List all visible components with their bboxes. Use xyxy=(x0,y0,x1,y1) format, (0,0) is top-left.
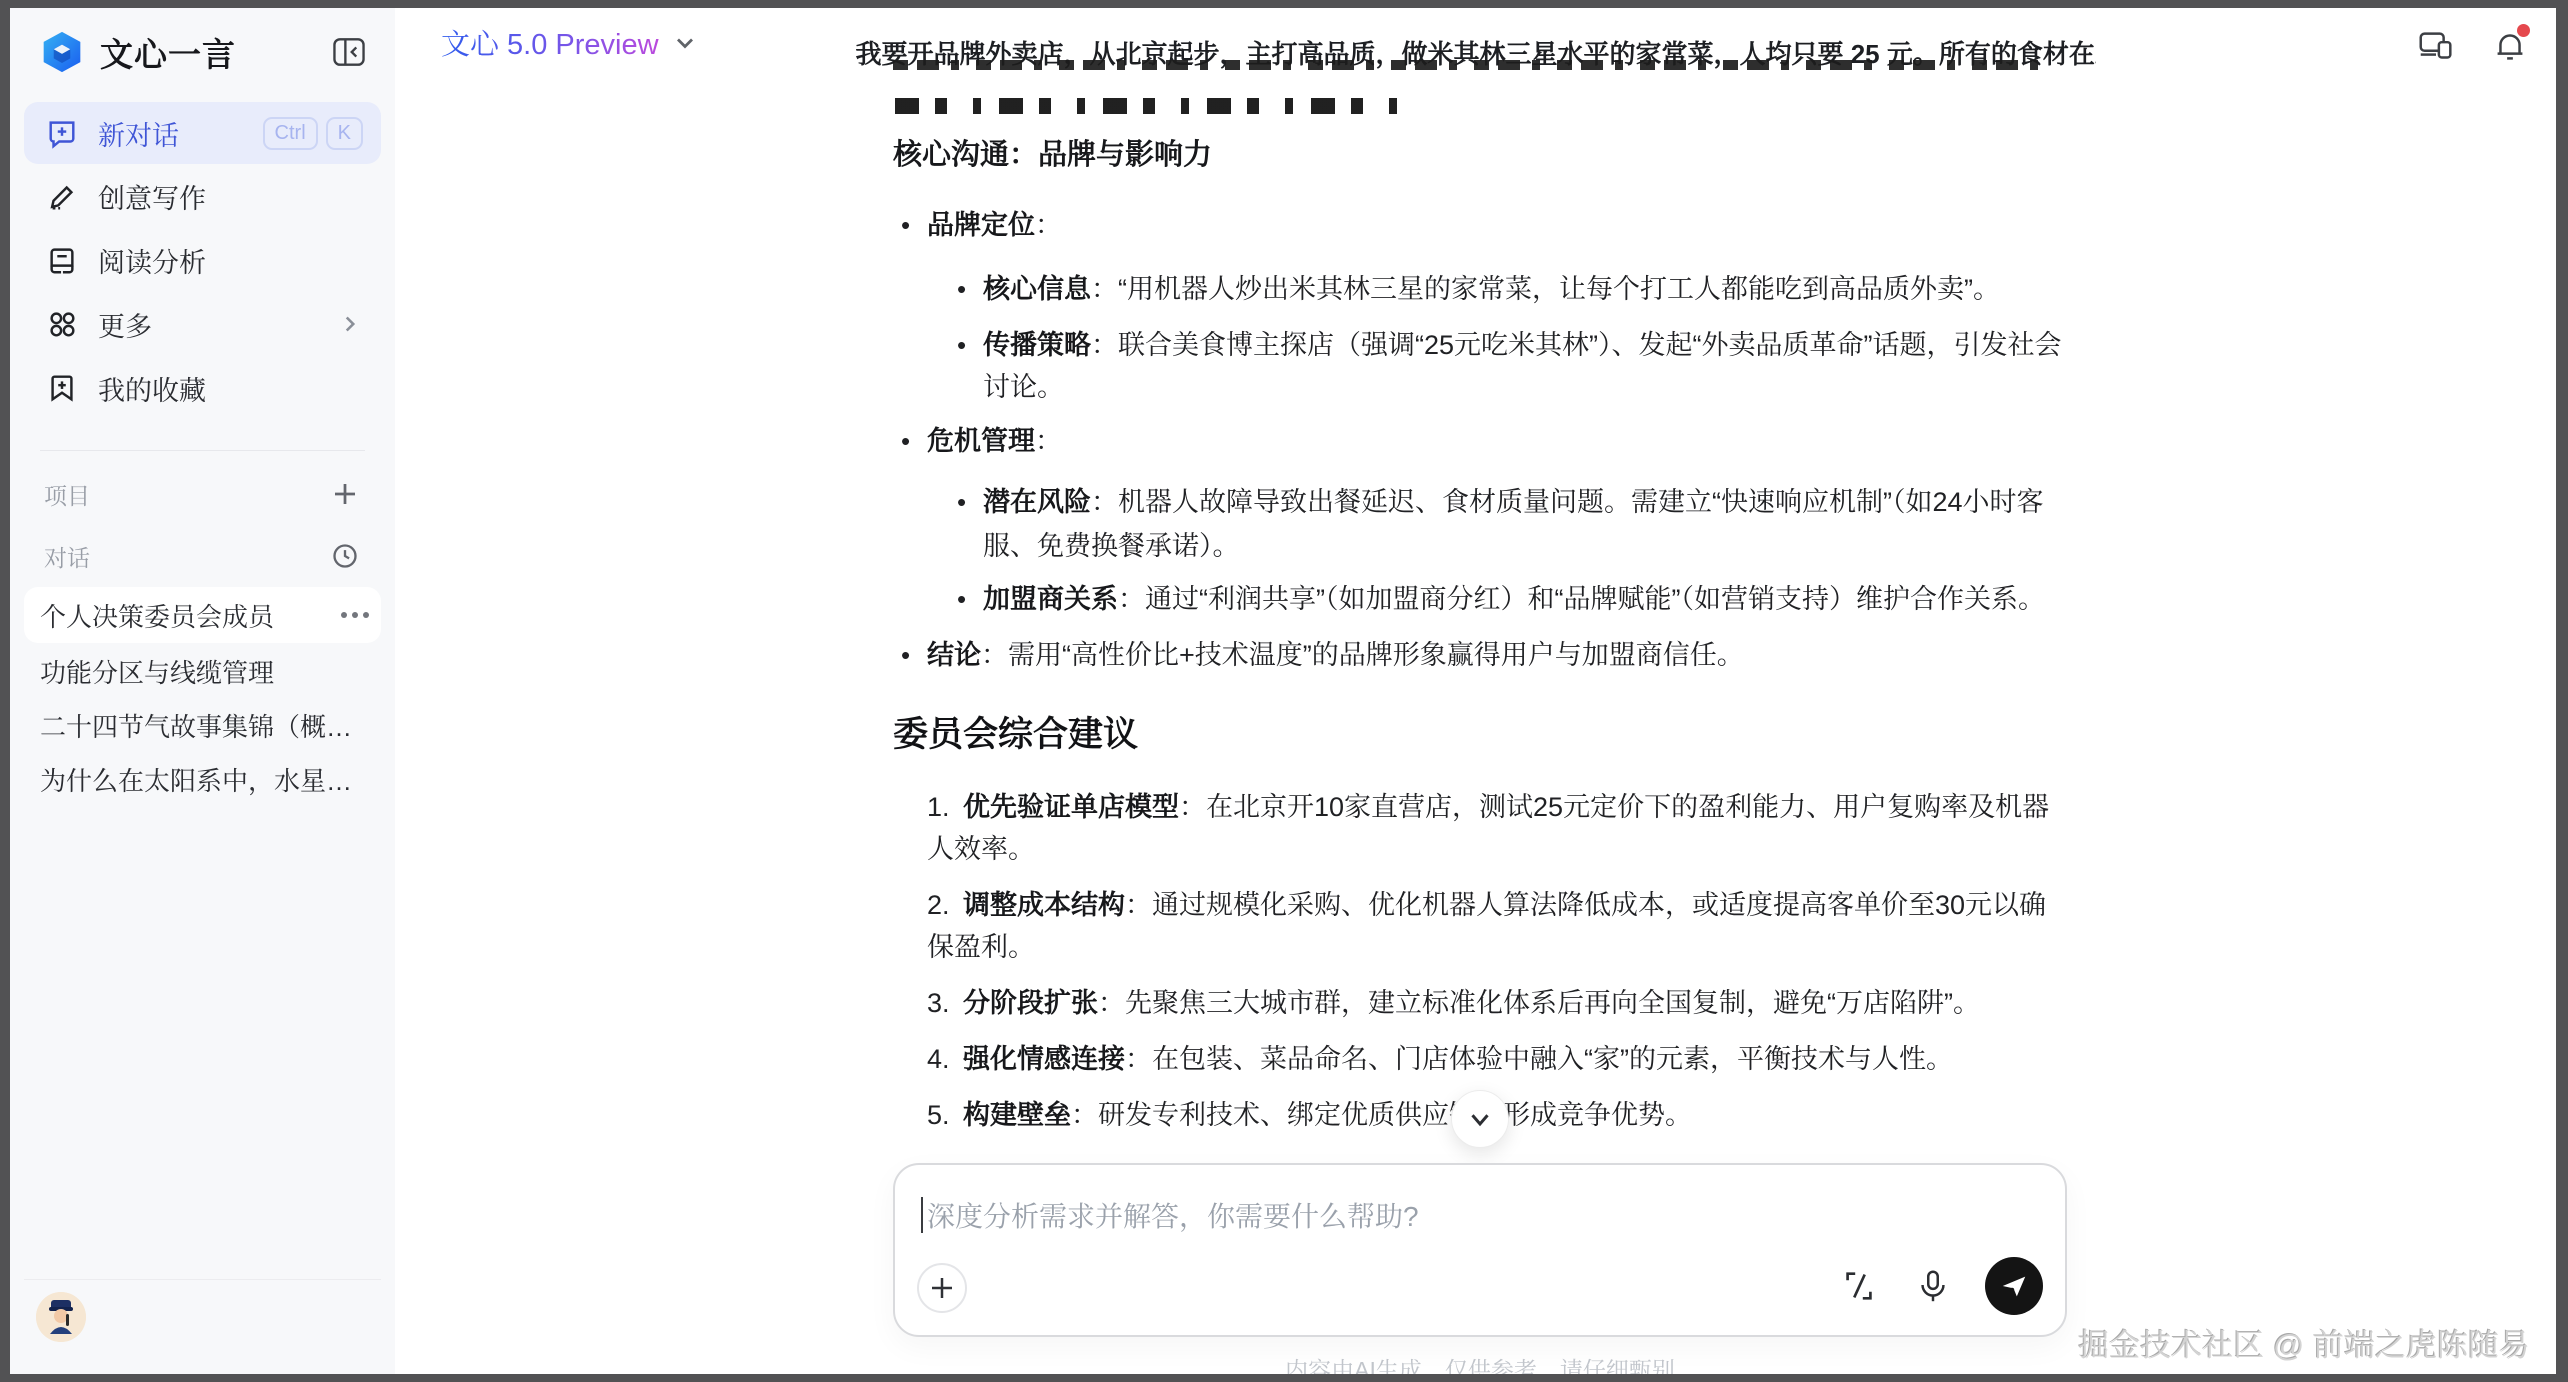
composer-actions xyxy=(1837,1257,2043,1315)
bullet-item: 核心信息：“用机器人炒出米其林三星的家常菜，让每个打工人都能吃到高品质外卖”。 xyxy=(893,268,2073,310)
bookmark-plus-icon xyxy=(46,372,78,404)
wenxin-logo-icon xyxy=(40,30,84,74)
sidebar: 文心一言 新对话 Ctrl K 创意写作 xyxy=(10,8,395,1374)
shortcut-commands-button[interactable] xyxy=(1837,1264,1881,1308)
watermark: 掘金技术社区 @ 前端之虎陈随易 xyxy=(2078,1320,2530,1365)
clock-icon xyxy=(331,542,359,570)
conversation-title: 二十四节气故事集锦（概览） xyxy=(40,707,365,744)
committee-heading: 委员会综合建议 xyxy=(893,710,2073,760)
conversations-label: 对话 xyxy=(44,540,327,573)
pencil-icon xyxy=(46,180,78,212)
ai-disclaimer: 内容由AI生成，仅供参考，请仔细甄别 xyxy=(893,1352,2067,1374)
document-icon xyxy=(46,244,78,276)
shortcut-key-ctrl: Ctrl xyxy=(263,117,318,150)
add-project-button[interactable] xyxy=(327,476,363,512)
recommendation-item: 2.调整成本结构：通过规模化采购、优化机器人算法降低成本，或适度提高客单价至30… xyxy=(893,884,2073,968)
microphone-icon xyxy=(1914,1267,1952,1305)
sidebar-item-reading-analysis[interactable]: 阅读分析 xyxy=(24,228,381,292)
bullet-item: 危机管理： xyxy=(893,420,2073,462)
sidebar-item-label: 我的收藏 xyxy=(98,369,363,408)
slash-brackets-icon xyxy=(1840,1267,1878,1305)
chat-plus-icon xyxy=(46,117,78,149)
sidebar-item-label: 新对话 xyxy=(98,114,255,153)
sidebar-collapse-icon[interactable] xyxy=(329,30,373,74)
conversation-title: 个人决策委员会成员 xyxy=(40,597,341,634)
logo-row: 文心一言 xyxy=(24,8,381,96)
bullet-item: 结论：需用“高性价比+技术温度”的品牌形象赢得用户与加盟商信任。 xyxy=(893,634,2073,676)
model-selector[interactable]: 文心 5.0 Preview xyxy=(441,22,699,63)
assistant-message: 核心沟通：品牌与影响力 品牌定位： 核心信息：“用机器人炒出米其林三星的家常菜，… xyxy=(893,56,2073,1262)
scroll-to-bottom-button[interactable] xyxy=(1451,1090,1509,1148)
conversation-item[interactable]: 二十四节气故事集锦（概览） xyxy=(24,699,381,751)
bullet-item: 潜在风险：机器人故障导致出餐延迟、食材质量问题。需建立“快速响应机制”（如24小… xyxy=(893,480,2073,568)
attach-button[interactable] xyxy=(917,1263,967,1313)
chevron-down-icon xyxy=(1465,1104,1495,1134)
conversation-item[interactable]: 功能分区与线缆管理 xyxy=(24,645,381,697)
sidebar-item-more[interactable]: 更多 xyxy=(24,292,381,356)
section-heading: 核心沟通：品牌与影响力 xyxy=(893,134,2073,176)
projects-label: 项目 xyxy=(44,478,327,511)
send-button[interactable] xyxy=(1985,1257,2043,1315)
sidebar-divider xyxy=(40,450,365,451)
devices-button[interactable] xyxy=(2414,24,2458,68)
recommendation-item: 4.强化情感连接：在包装、菜品命名、门店体验中融入“家”的元素，平衡技术与人性。 xyxy=(893,1038,2073,1080)
message-composer[interactable]: 深度分析需求并解答，你需要什么帮助? xyxy=(893,1163,2067,1337)
notification-badge xyxy=(2517,24,2530,37)
sidebar-item-label: 阅读分析 xyxy=(98,241,363,280)
topbar-actions xyxy=(2414,24,2532,68)
sidebar-item-label: 更多 xyxy=(98,305,337,344)
conversation-item[interactable]: 为什么在太阳系中，水星和... xyxy=(24,753,381,805)
shortcut-key-k: K xyxy=(326,117,363,150)
sidebar-footer-divider xyxy=(24,1279,381,1280)
projects-section: 项目 xyxy=(24,465,381,523)
clipped-text-line xyxy=(893,60,2053,70)
sidebar-item-favorites[interactable]: 我的收藏 xyxy=(24,356,381,420)
notifications-button[interactable] xyxy=(2488,24,2532,68)
text-caret xyxy=(921,1197,923,1233)
app-window: 文心一言 新对话 Ctrl K 创意写作 xyxy=(10,8,2556,1374)
ellipsis-icon[interactable] xyxy=(341,612,347,618)
model-name: 文心 5.0 Preview xyxy=(441,22,659,63)
grid-icon xyxy=(46,308,78,340)
bullet-item: 加盟商关系：通过“利润共享”（如加盟商分红）和“品牌赋能”（如营销支持）维护合作… xyxy=(893,578,2073,620)
user-avatar[interactable] xyxy=(36,1292,86,1342)
plus-icon xyxy=(927,1273,957,1303)
sidebar-item-new-chat[interactable]: 新对话 Ctrl K xyxy=(24,102,381,164)
recommendation-item: 3.分阶段扩张：先聚焦三大城市群，建立标准化体系后再向全国复制，避免“万店陷阱”… xyxy=(893,982,2073,1024)
paper-plane-icon xyxy=(1999,1271,2029,1301)
composer-input[interactable]: 深度分析需求并解答，你需要什么帮助? xyxy=(921,1195,2039,1235)
conversation-title: 功能分区与线缆管理 xyxy=(40,653,365,690)
plus-icon xyxy=(330,479,360,509)
devices-icon xyxy=(2415,25,2457,67)
conversation-item-active[interactable]: 个人决策委员会成员 xyxy=(24,587,381,643)
chevron-down-icon xyxy=(671,29,699,57)
composer-placeholder: 深度分析需求并解答，你需要什么帮助? xyxy=(927,1195,1419,1235)
chevron-right-icon xyxy=(337,311,363,337)
sidebar-item-label: 创意写作 xyxy=(98,177,363,216)
main-panel: 文心 5.0 Preview 我要开品牌外卖店，从北京起步，主打高品质，做米其林… xyxy=(395,8,2556,1374)
app-title: 文心一言 xyxy=(100,29,329,76)
voice-input-button[interactable] xyxy=(1911,1264,1955,1308)
bullet-item: 传播策略：联合美食博主探店（强调“25元吃米其林”）、发起“外卖品质革命”话题，… xyxy=(893,324,2073,408)
conversations-section: 对话 xyxy=(24,527,381,585)
clipped-heading-line xyxy=(895,98,1405,114)
bullet-item: 品牌定位： xyxy=(893,204,2073,246)
sidebar-item-creative-writing[interactable]: 创意写作 xyxy=(24,164,381,228)
conversation-title: 为什么在太阳系中，水星和... xyxy=(40,761,365,798)
history-button[interactable] xyxy=(327,538,363,574)
recommendation-item: 1.优先验证单店模型：在北京开10家直营店，测试25元定价下的盈利能力、用户复购… xyxy=(893,786,2073,870)
